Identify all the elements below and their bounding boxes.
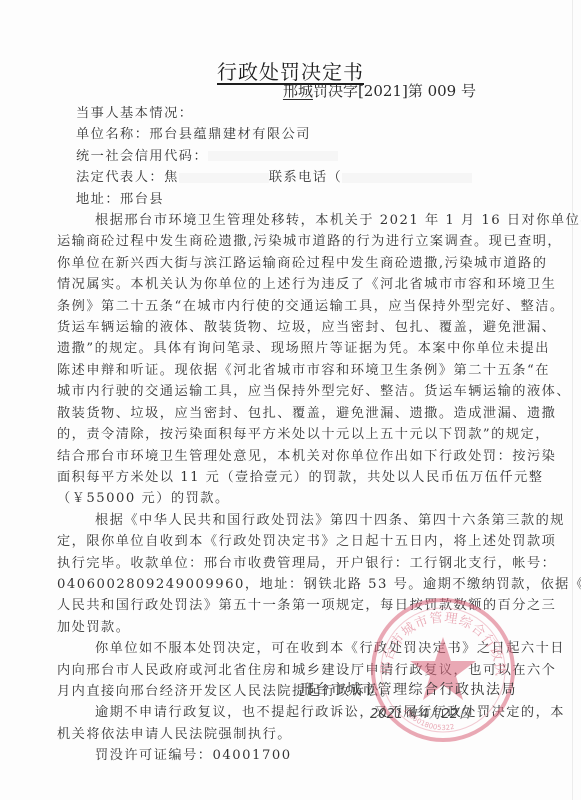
credit-code: 统一社会信用代码： (57, 146, 525, 167)
doc-number-prefix: 邢城 (283, 82, 313, 100)
redacted-field (208, 151, 338, 161)
page-edge (572, 0, 573, 800)
text-line: 陈述申辩和听证。现依据《河北省城市市容和环境卫生条例》第二十五条“在 (57, 360, 525, 381)
document-page: 行政处罚决定书 邢城罚决字[2021]第 009 号 当事人基本情况： 单位名称… (0, 0, 581, 800)
permit-number: 罚没许可证编号：04001700 (57, 745, 525, 766)
text-line: 执行完毕。收款单位：邢台市收费管理局，开户银行：工行钢北支行，帐号： (57, 553, 525, 574)
text-line: 情况属实。本机关认为你单位的上述行为违反了《河北省城市市容和环境卫生 (57, 274, 525, 295)
text-line: 货运车辆运输的液体、散装货物、垃圾，应当密封、包扎、覆盖，避免泄漏、 (57, 317, 525, 338)
paragraph-facts: 根据邢台市环境卫生管理处移转，本机关于 2021 年 1 月 16 日对你单位在… (57, 210, 525, 510)
legal-representative: 法定代表人：焦联系电话（ (57, 167, 525, 188)
text-line: 0406002809249009960，地址：钢铁北路 53 号。逾期不缴纳罚款… (57, 574, 525, 595)
text-line: 根据邢台市环境卫生管理处移转，本机关于 2021 年 1 月 16 日对你单位在 (57, 210, 525, 231)
party-heading: 当事人基本情况： (57, 103, 525, 124)
text-line: 运输商砼过程中发生商砼遗撒,污染城市道路的行为进行立案调查。现已查明， (57, 231, 525, 252)
text-line: 定，限你单位自收到本《行政处罚决定书》之日起十五日内，将上述处罚款项 (57, 531, 525, 552)
doc-number-rest: 罚决字[2021]第 009 号 (313, 82, 476, 100)
text-line: 面积每平方米处以 11 元（壹拾壹元）的罚款，共处以人民币伍万伍仟元整 (57, 467, 525, 488)
text-line: （￥55000 元）的罚款。 (57, 488, 525, 509)
text-line: 结合邢台市环境卫生管理处意见，本机关对你单位作出如下行政处罚：按污染 (57, 446, 525, 467)
official-seal-icon: 邢台市城市管理综合行政执法局 1305018005322 (368, 595, 518, 745)
text-line: 遗撒”的规定。具体有询问笔录、现场照片等证据为凭。本案中你单位未提出 (57, 338, 525, 359)
text-line: 条例》第二十五条“在城市内行使的交通运输工具，应当保持外型完好、整洁。 (57, 296, 525, 317)
issue-date: 2021 年4月22日 (370, 703, 471, 722)
unit-name: 单位名称：邢台县蕴鼎建材有限公司 (57, 124, 525, 145)
redacted-field (179, 173, 269, 183)
redacted-field (342, 173, 472, 183)
address: 地址：邢台县 (57, 189, 525, 210)
text-line: 的，责令清除，按污染面积每平方米处以十元以上五十元以下罚款”的规定， (57, 424, 525, 445)
document-number: 邢城罚决字[2021]第 009 号 (283, 80, 476, 101)
text-line: 根据《中华人民共和国行政处罚法》第四十四条、第四十六条第三款的规 (57, 510, 525, 531)
text-line: 散装货物、垃圾，应当密封、包扎、覆盖，避免泄漏、遗撒。造成泄漏、遗撒 (57, 403, 525, 424)
issuing-agency: 邢台市城市管理综合行政执法局 (300, 679, 517, 699)
text-line: 你单位在新兴西大街与滨江路运输商砼过程中发生商砼遗撒,污染城市道路的 (57, 253, 525, 274)
text-line: 城市内行驶的交通运输工具，应当保持外型完好、整洁。货运车辆运输的液体、 (57, 381, 525, 402)
